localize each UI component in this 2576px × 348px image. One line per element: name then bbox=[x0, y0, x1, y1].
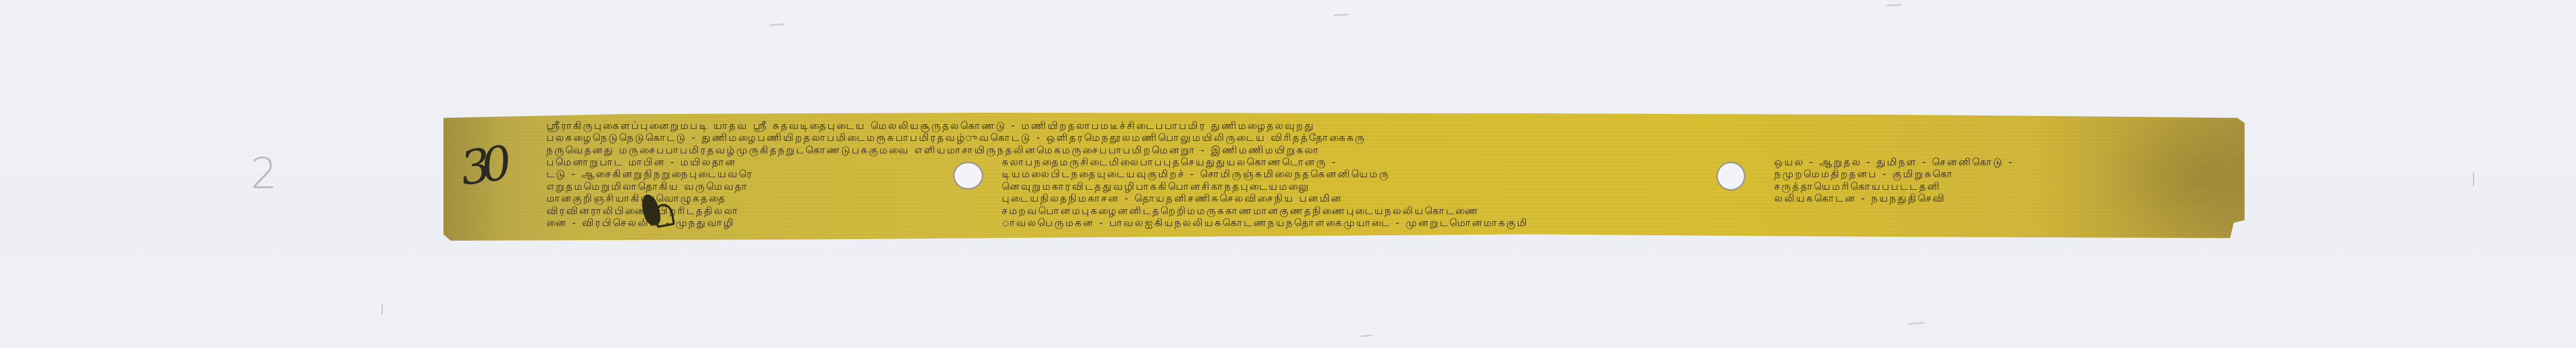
leaf-stain bbox=[1208, 236, 1220, 246]
text-line: ஒயல - ஆறுதல - துமிநள - செனனிகொடு - bbox=[1774, 157, 2121, 169]
text-line: நமுறமெமதிறதனப - குமிறுசுகொ bbox=[1774, 169, 2121, 181]
text-column-left: பமெனாறுபாட மாபின - மயிலதான டடு - ஆசைகினற… bbox=[546, 157, 942, 229]
text-line: விரவினராலிபிணைபபிறரிடததிலலா bbox=[546, 205, 942, 217]
text-line: னை - விரபிசெலலின - முநதுவாழி bbox=[546, 217, 942, 229]
background-tick bbox=[2473, 172, 2474, 186]
background-scratch bbox=[770, 23, 785, 26]
text-column-middle: கலாபநதைமருசிடைமிலைபாபபுதசெயதுதுயலகொணடொனர… bbox=[1002, 157, 1706, 229]
text-line: எறுதமமெறுமிலாதொகிய வருமெவதா bbox=[546, 181, 942, 193]
text-line: நருவெதனது மருசைபபாபமிரதவழ்முருகிதநறுடகொண… bbox=[546, 145, 2227, 157]
background-scratch bbox=[1361, 334, 1373, 337]
text-line: னெவுறுமகாரவிடததுவழிபாககிபொனசிகாநதபுடையமல… bbox=[1002, 181, 1706, 193]
palm-leaf: 30 ஸ்ரீராகிருபுகைளப்புனைறுமபடி யாதவ ஸ்ரீ… bbox=[443, 113, 2252, 241]
text-lines-full-width: ஸ்ரீராகிருபுகைளப்புனைறுமபடி யாதவ ஸ்ரீ சு… bbox=[546, 120, 2227, 157]
binding-hole-right bbox=[1716, 162, 1746, 191]
text-line: பமெனாறுபாட மாபின - மயிலதான bbox=[546, 157, 942, 169]
text-line: டியமலைபிடநதையுடையவுகுமிறச் - சொமிருஞ்சும… bbox=[1002, 169, 1706, 181]
text-line: சமறவபொனமபுகழைனனிடதறெறிமமருககாணமானகுணதநிண… bbox=[1002, 205, 1706, 217]
background-tick bbox=[382, 305, 383, 314]
text-line: டடு - ஆசைகினறுநிநறுநைபுடையவரெ bbox=[546, 169, 942, 181]
text-column-right: ஒயல - ஆறுதல - துமிநள - செனனிகொடு - நமுறம… bbox=[1774, 157, 2121, 205]
background-scratch bbox=[1886, 4, 1902, 6]
text-line: ாவலபெருமகன - பாவலஐகியநலலியககொடணநயநதொளகைம… bbox=[1002, 217, 1706, 229]
leaf-number: 30 bbox=[458, 140, 506, 192]
background-scratch bbox=[1334, 14, 1349, 16]
binding-hole-left bbox=[953, 162, 983, 190]
text-line: கலாபநதைமருசிடைமிலைபாபபுதசெயதுதுயலகொணடொனர… bbox=[1002, 157, 1706, 169]
manuscript-photo: 2 30 ஸ்ரீராகிருபுகைளப்புனைறுமபடி யாதவ ஸ்… bbox=[0, 0, 2576, 348]
text-line: புடையநிலதநிமகாசன - தொயதனிசணிசுசெலவிசைநிய… bbox=[1002, 193, 1706, 205]
text-line: மானகுறிஞசியாகியாவொழுகததை bbox=[546, 193, 942, 205]
pencil-page-number: 2 bbox=[250, 153, 278, 195]
background-scratch bbox=[1908, 322, 1924, 325]
text-line: ஸ்ரீராகிருபுகைளப்புனைறுமபடி யாதவ ஸ்ரீ சு… bbox=[546, 120, 2227, 132]
text-line: பலகழைநெடுநெடுகொடடு - துணிமழைபணியிறதலாபமி… bbox=[546, 132, 2227, 144]
text-line: சருத்தாயெமரிகொயபபடடதனி bbox=[1774, 181, 2121, 193]
text-line: லலியககொடன - நயநதுதிசெவி bbox=[1774, 193, 2121, 205]
